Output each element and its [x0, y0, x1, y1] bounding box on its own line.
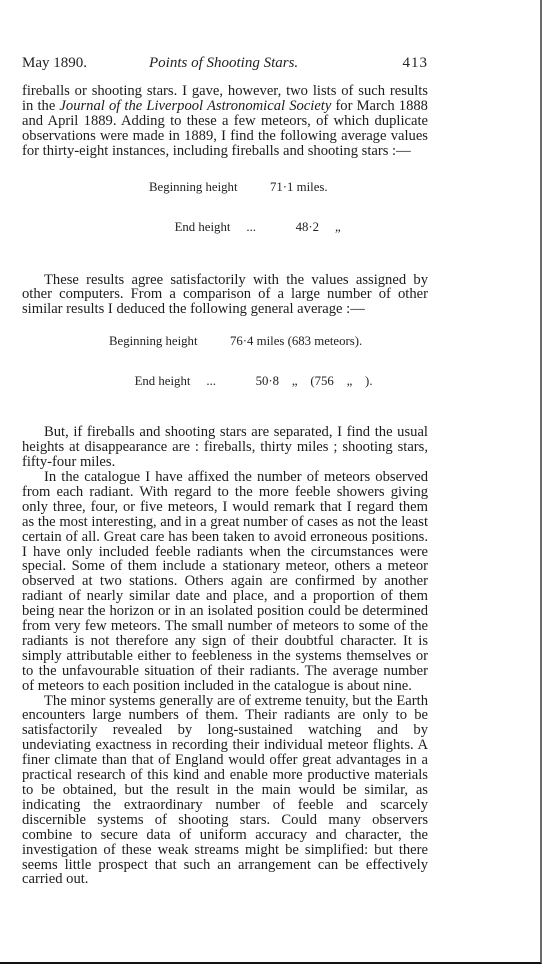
row-label: Beginning height: [109, 331, 230, 351]
table-row: End height ...50·8 „ (756 „ ).: [109, 351, 428, 411]
row-value: 50·8 „ (756 „ ).: [256, 371, 373, 391]
row-value: 48·2 „: [296, 217, 341, 237]
table-row: Beginning height76·4 miles (683 meteors)…: [109, 331, 428, 351]
average-heights-table-38: Beginning height71·1 miles. End height .…: [149, 177, 428, 257]
article-body: fireballs or shooting stars. I gave, how…: [22, 84, 428, 887]
row-value: 76·4 miles (683 meteors).: [230, 331, 362, 351]
paragraph: In the catalogue I have affixed the numb…: [22, 470, 428, 694]
page-number: 413: [403, 55, 429, 72]
paragraph: But, if fireballs and shooting stars are…: [22, 425, 428, 470]
table-row: End height ...48·2 „: [149, 197, 428, 257]
paragraph-continued: fireballs or shooting stars. I gave, how…: [22, 84, 428, 159]
running-head: May 1890. Points of Shooting Stars. 413: [22, 55, 428, 77]
header-date: May 1890.: [22, 55, 87, 72]
header-title: Points of Shooting Stars.: [149, 55, 298, 72]
leader-dots: ...: [246, 217, 256, 237]
row-label: End height ...: [135, 371, 256, 391]
page: May 1890. Points of Shooting Stars. 413 …: [0, 0, 542, 964]
journal-title: Journal of the Liverpool Astronomical So…: [59, 98, 331, 114]
row-value: 71·1 miles.: [270, 177, 328, 197]
leader-dots: ...: [206, 371, 216, 391]
row-label-text: End height: [135, 374, 191, 388]
row-label: Beginning height: [149, 177, 270, 197]
row-label: End height ...: [175, 217, 296, 237]
row-label-text: End height: [175, 220, 231, 234]
table-row: Beginning height71·1 miles.: [149, 177, 428, 197]
general-average-table: Beginning height76·4 miles (683 meteors)…: [109, 331, 428, 411]
paragraph: The minor systems generally are of extre…: [22, 694, 428, 888]
paragraph: These results agree satisfactorily with …: [22, 273, 428, 318]
